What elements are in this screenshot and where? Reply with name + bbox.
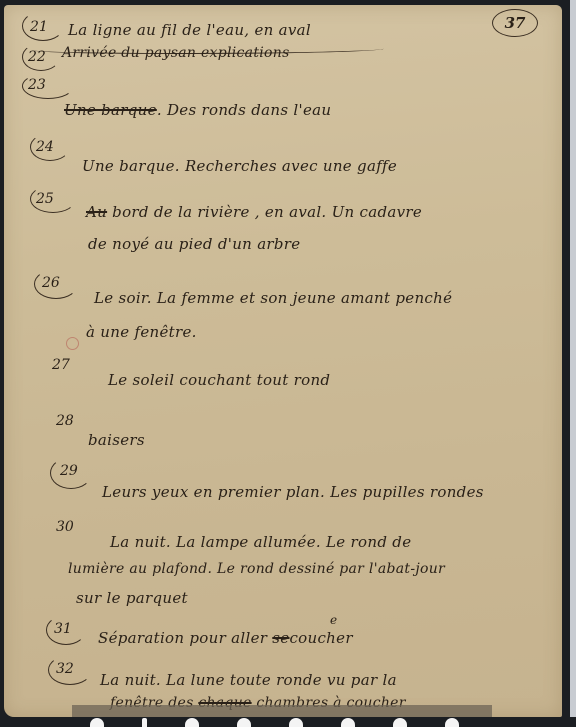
grid-icon[interactable] [341,718,355,727]
entry-number-29: 29 [60,463,78,479]
entry-24-line-1: Une barque. Recherches avec une gaffe [82,157,397,175]
entry-number-27: 27 [52,357,70,373]
entry-number-25: 25 [36,191,54,207]
entry-27-line-1: Le soleil couchant tout rond [108,371,330,389]
fullscreen-icon[interactable] [237,718,251,727]
manuscript-page: 37 21 La ligne au fil de l'eau, en aval … [4,5,562,717]
library-stamp [66,337,79,350]
menu-icon[interactable] [445,718,459,727]
entry-29-line-1: Leurs yeux en premier plan. Les pupilles… [102,483,484,501]
entry-number-32: 32 [56,661,74,677]
entry-number-22: 22 [28,49,46,65]
entry-30-line-3: sur le parquet [76,589,188,607]
entry-25-line-1: Au bord de la rivière , en aval. Un cada… [86,203,422,221]
entry-22-line-1: Arrivée du paysan explications [62,45,290,61]
entry-30-line-1: La nuit. La lampe allumée. Le rond de [110,533,411,551]
entry-25-line-2: de noyé au pied d'un arbre [88,235,300,253]
entry-number-26: 26 [42,275,60,291]
entry-number-30: 30 [56,519,74,535]
entry-number-23: 23 [28,77,46,93]
entry-number-21: 21 [30,19,48,35]
entry-number-31: 31 [54,621,72,637]
entry-32-line-1: La nuit. La lune toute ronde vu par la [100,671,397,689]
entry-21-line-1: La ligne au fil de l'eau, en aval [68,21,311,39]
info-icon[interactable] [142,718,147,727]
entry-number-24: 24 [36,139,54,155]
struck-text: Une barque [64,101,157,119]
entry-number-28: 28 [56,413,74,429]
struck-text: se [272,629,289,647]
struck-text: Au [86,203,107,221]
viewer-toolbar-icons [90,718,490,727]
entry-23-line-1: Une barque. Des ronds dans l'eau [64,101,331,119]
entry-30-line-2: lumière au plafond. Le rond dessiné par … [68,561,445,577]
page-number: 37 [492,9,538,37]
viewer-scroll-strip [570,0,576,727]
zoom-in-icon[interactable] [90,718,104,727]
entry-26-line-1: Le soir. La femme et son jeune amant pen… [94,289,452,307]
share-icon[interactable] [393,718,407,727]
superscript-insertion: e [330,613,337,627]
entry-26-line-2: à une fenêtre. [86,323,197,341]
rotate-icon[interactable] [185,718,199,727]
download-icon[interactable] [289,718,303,727]
entry-28-line-1: baisers [88,431,145,449]
entry-31-line-1: Séparation pour aller secoucher [98,629,353,647]
